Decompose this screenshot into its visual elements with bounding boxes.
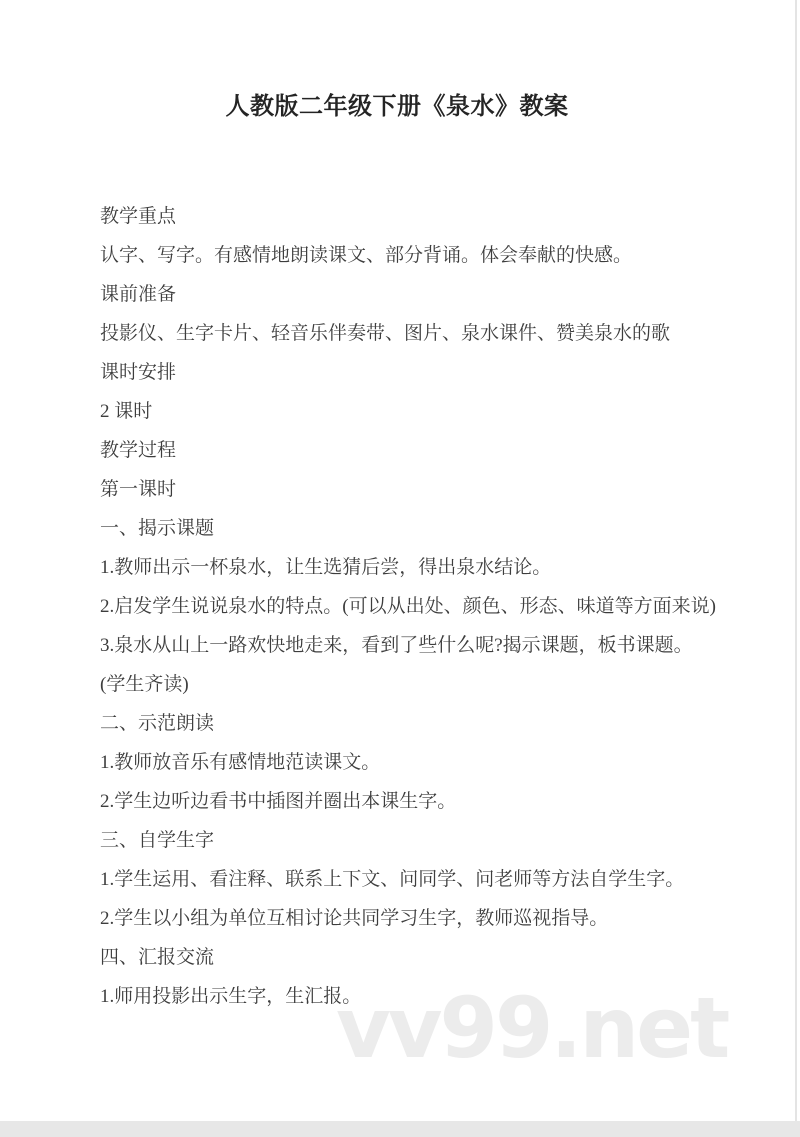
paragraph-line: 1.教师出示一杯泉水，让生选猜后尝，得出泉水结论。: [100, 548, 780, 587]
paragraph-line: 认字、写字。有感情地朗读课文、部分背诵。体会奉献的快感。: [100, 236, 780, 275]
bottom-bar: [0, 1121, 800, 1137]
paragraph-line: 1.学生运用、看注释、联系上下文、问同学、问老师等方法自学生字。: [100, 860, 780, 899]
page-right-border: [795, 0, 797, 1121]
paragraph-line: 三、自学生字: [100, 821, 780, 860]
paragraph-line: 2 课时: [100, 392, 780, 431]
paragraph-line: 1.教师放音乐有感情地范读课文。: [100, 743, 780, 782]
paragraph-line: 教学重点: [100, 197, 780, 236]
paragraph-line: 2.学生以小组为单位互相讨论共同学习生字，教师巡视指导。: [100, 899, 780, 938]
paragraph-line: 四、汇报交流: [100, 938, 780, 977]
paragraph-line: 2.学生边听边看书中插图并圈出本课生字。: [100, 782, 780, 821]
paragraph-line: 教学过程: [100, 431, 780, 470]
paragraph-line: 第一课时: [100, 470, 780, 509]
document-page: 人教版二年级下册《泉水》教案 教学重点 认字、写字。有感情地朗读课文、部分背诵。…: [0, 0, 800, 1137]
paragraph-line: 课前准备: [100, 275, 780, 314]
paragraph-line: (学生齐读): [100, 665, 780, 704]
document-title: 人教版二年级下册《泉水》教案: [0, 91, 794, 123]
paragraph-line: 二、示范朗读: [100, 704, 780, 743]
paragraph-line: 3.泉水从山上一路欢快地走来，看到了些什么呢?揭示课题，板书课题。: [100, 626, 780, 665]
paragraph-line: 2.启发学生说说泉水的特点。(可以从出处、颜色、形态、味道等方面来说): [100, 587, 780, 626]
document-body: 教学重点 认字、写字。有感情地朗读课文、部分背诵。体会奉献的快感。 课前准备 投…: [100, 197, 780, 1016]
paragraph-line: 1.师用投影出示生字，生汇报。: [100, 977, 780, 1016]
paragraph-line: 一、揭示课题: [100, 509, 780, 548]
paragraph-line: 投影仪、生字卡片、轻音乐伴奏带、图片、泉水课件、赞美泉水的歌: [100, 314, 780, 353]
paragraph-line: 课时安排: [100, 353, 780, 392]
